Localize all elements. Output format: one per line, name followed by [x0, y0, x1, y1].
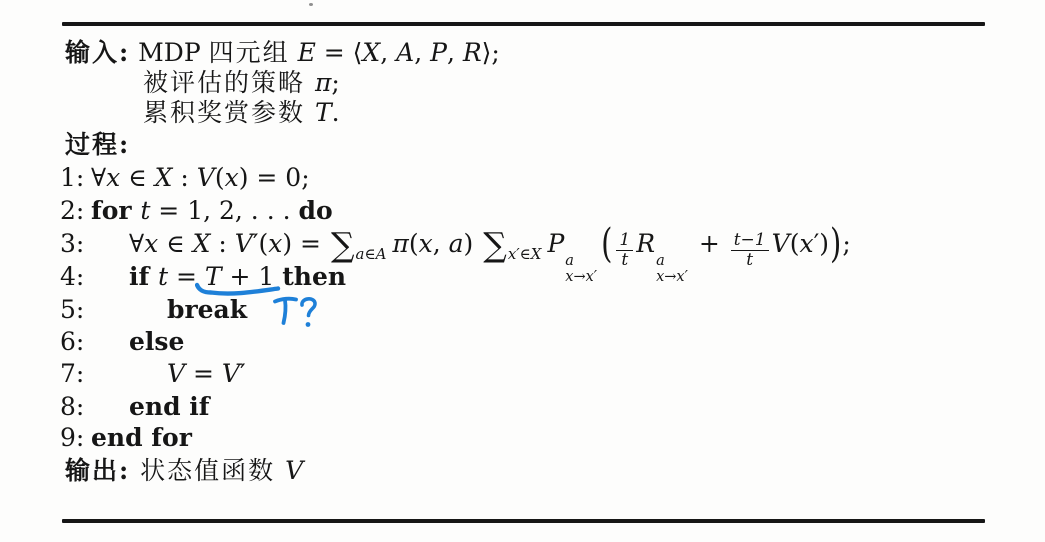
- token: a∈A: [356, 245, 387, 263]
- token: ax→x′: [565, 254, 597, 285]
- token: ax→x′: [656, 254, 688, 285]
- token: T: [315, 98, 332, 127]
- token: ∈: [158, 229, 192, 258]
- token: t: [158, 262, 168, 291]
- token: (: [215, 163, 225, 192]
- input-param-line: 累积奖赏参数 T.: [143, 96, 340, 129]
- token: break: [167, 295, 247, 324]
- token: 输入:: [65, 38, 130, 67]
- token: for: [91, 196, 140, 225]
- token: 状态值函数: [130, 456, 285, 485]
- token: :: [172, 163, 196, 192]
- token: then: [282, 262, 346, 291]
- token: ′: [240, 359, 246, 388]
- token: ′(: [253, 229, 268, 258]
- line-code: V = V′: [167, 357, 246, 390]
- token: ;: [842, 229, 850, 258]
- handwritten-note-icon: [271, 294, 321, 331]
- token: ,: [433, 229, 449, 258]
- token: (: [409, 229, 419, 258]
- token: .: [332, 98, 340, 127]
- token: π: [392, 229, 408, 258]
- token: V: [772, 229, 790, 258]
- token: ) = 0;: [239, 163, 310, 192]
- token: X: [155, 163, 173, 192]
- line-number: 1:: [60, 161, 84, 194]
- token: x: [225, 163, 239, 192]
- token: ;: [331, 68, 339, 97]
- token: R: [463, 38, 482, 67]
- token: :: [210, 229, 234, 258]
- line-code: end for: [91, 421, 192, 454]
- token: do: [298, 196, 332, 225]
- line-number: 8:: [60, 390, 84, 423]
- token: P: [547, 229, 564, 258]
- token: +: [691, 229, 728, 258]
- token: 1t: [616, 231, 633, 270]
- token: ): [464, 229, 482, 258]
- line-code: else: [129, 325, 184, 358]
- token: V: [285, 456, 303, 485]
- token: X: [193, 229, 211, 258]
- algo-line-8: 8: end if: [60, 390, 210, 423]
- token: V: [167, 359, 185, 388]
- line-number: 7:: [60, 357, 84, 390]
- token: ′): [814, 229, 829, 258]
- token: (: [601, 221, 612, 267]
- line-number: 2:: [60, 194, 84, 227]
- token: π: [315, 68, 331, 97]
- token: MDP: [130, 38, 208, 67]
- algo-line-1: 1: ∀x ∈ X : V(x) = 0;: [60, 161, 310, 194]
- token: x: [268, 229, 282, 258]
- token: (: [790, 229, 800, 258]
- token: 四元组: [209, 38, 290, 67]
- output-line: 输出: 状态值函数 V: [65, 454, 303, 487]
- token: 过程:: [65, 130, 130, 159]
- token: ⟩;: [482, 38, 500, 67]
- line-number: 5:: [60, 293, 84, 326]
- algorithm-page: 输入: MDP 四元组 E = ⟨X, A, P, R⟩; 被评估的策略 π; …: [0, 0, 1045, 542]
- token: end for: [91, 423, 192, 452]
- token: X: [362, 38, 380, 67]
- token: x: [419, 229, 433, 258]
- token: [290, 38, 298, 67]
- input-policy-line: 被评估的策略 π;: [143, 66, 340, 99]
- token: ∀: [91, 163, 106, 192]
- token: t: [140, 196, 150, 225]
- line-code: end if: [129, 390, 210, 423]
- line-number: 9:: [60, 421, 84, 454]
- token: a: [449, 229, 464, 258]
- token: E: [298, 38, 316, 67]
- token: if: [129, 262, 158, 291]
- token: ∀: [129, 229, 144, 258]
- algo-line-7: 7: V = V′: [60, 357, 246, 390]
- token: else: [129, 327, 184, 356]
- algo-line-9: 9: end for: [60, 421, 192, 454]
- token: ,: [380, 38, 396, 67]
- token: ∈: [120, 163, 154, 192]
- token: A: [396, 38, 414, 67]
- token: ,: [414, 38, 430, 67]
- line-code: ∀x ∈ X : V(x) = 0;: [91, 161, 310, 194]
- line-number: 6:: [60, 325, 84, 358]
- algo-line-6: 6: else: [60, 325, 184, 358]
- token: V: [197, 163, 215, 192]
- handwritten-underline: [195, 281, 281, 298]
- token: = ⟨: [316, 38, 363, 67]
- bottom-rule: [62, 519, 985, 523]
- token: ): [830, 221, 841, 267]
- token: end if: [129, 392, 210, 421]
- line-code: for t = 1, 2, . . . do: [91, 194, 333, 227]
- token: x: [144, 229, 158, 258]
- line-number: 4:: [60, 260, 84, 293]
- token: R: [636, 229, 655, 258]
- token: =: [185, 359, 222, 388]
- token: ∑: [331, 225, 355, 264]
- process-label: 过程:: [65, 128, 130, 161]
- algo-line-2: 2: for t = 1, 2, . . . do: [60, 194, 333, 227]
- line-number: 3:: [60, 227, 84, 260]
- token: x′∈X: [508, 245, 542, 263]
- token: P: [430, 38, 447, 67]
- token: x: [799, 229, 813, 258]
- scan-speck: [309, 3, 313, 6]
- token: ,: [447, 38, 463, 67]
- token: V: [235, 229, 253, 258]
- token: x: [106, 163, 120, 192]
- token: 累积奖赏参数: [143, 98, 315, 127]
- token: 被评估的策略: [143, 68, 315, 97]
- token: V: [222, 359, 240, 388]
- token: t−1t: [731, 231, 769, 270]
- top-rule: [62, 22, 985, 26]
- token: ∑: [483, 225, 507, 264]
- input-header-line: 输入: MDP 四元组 E = ⟨X, A, P, R⟩;: [65, 36, 500, 69]
- token: 输出:: [65, 456, 130, 485]
- token: = 1, 2, . . .: [150, 196, 298, 225]
- token: ) =: [282, 229, 329, 258]
